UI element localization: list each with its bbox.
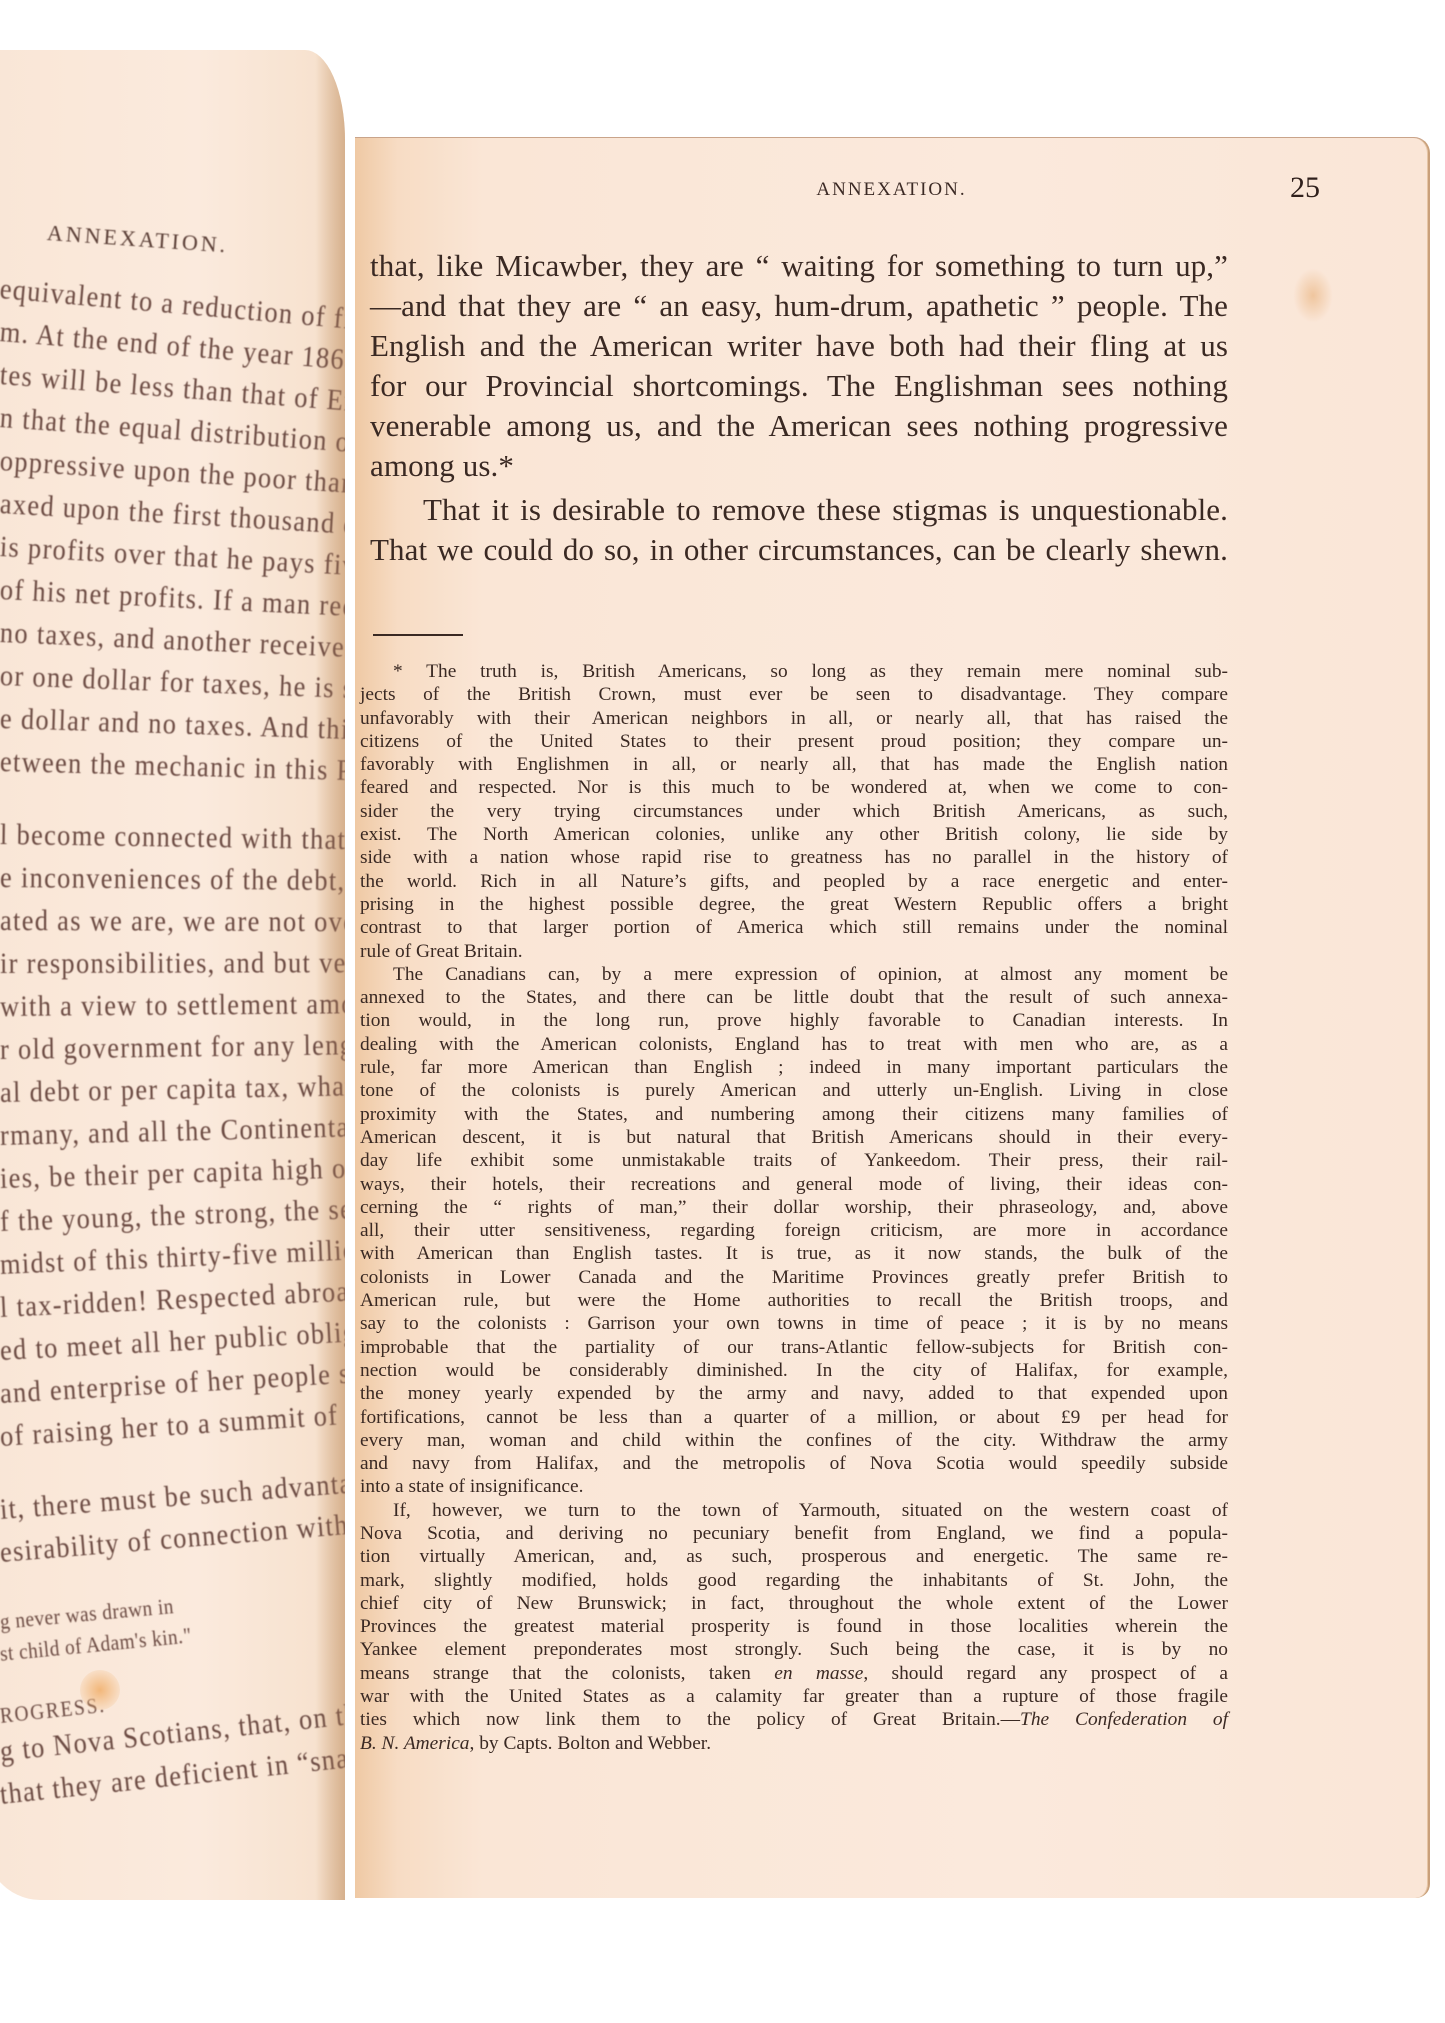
text-line: cerning the “ rights of man,” their doll… (360, 1196, 1228, 1219)
gutter-shadow (315, 50, 345, 1900)
citation-line: B. N. America, by Capts. Bolton and Webb… (360, 1732, 1228, 1755)
text-line: the world. Rich in all Nature’s gifts, a… (360, 870, 1228, 893)
page-number: 25 (1290, 171, 1320, 205)
text-line: prising in the highest possible degree, … (360, 893, 1228, 916)
text-line: all, their utter sensitiveness, regardin… (360, 1219, 1228, 1242)
left-text-line: ies, be their per capita high or l (0, 1151, 345, 1196)
text-line: That it is desirable to remove these sti… (370, 490, 1228, 530)
text-line: favorably with Englishmen in all, or nea… (360, 753, 1228, 776)
text-line: means strange that the colonists, taken … (360, 1662, 1228, 1685)
text-line: —and that they are “ an easy, hum-drum, … (370, 286, 1228, 326)
left-text-line: e inconveniences of the debt, direc (0, 861, 345, 899)
text-line: English and the American writer have bot… (370, 326, 1228, 366)
footnote-paragraph-2: The Canadians can, by a mere expression … (360, 963, 1228, 1499)
left-text-line: rmany, and all the Continental po (0, 1109, 345, 1153)
left-text-line: midst of this thirty-five millions (0, 1232, 345, 1282)
text-line: say to the colonists : Garrison your own… (360, 1312, 1228, 1335)
text-line: among us.* (370, 446, 1228, 486)
text-line: * The truth is, British Americans, so lo… (360, 660, 1228, 683)
left-text-line: f the young, the strong, the self-rel (0, 1190, 345, 1239)
foxing-stain (80, 1670, 120, 1710)
text-line: contrast to that larger portion of Ameri… (360, 916, 1228, 939)
text-line: tone of the colonists is purely American… (360, 1079, 1228, 1102)
left-text-line: ated as we are, we are not overru (0, 904, 345, 939)
text-line: for our Provincial shortcomings. The Eng… (370, 366, 1228, 406)
left-text-line: or one dollar for taxes, he is still (0, 659, 345, 707)
text-line: exist. The North American colonies, unli… (360, 823, 1228, 846)
left-running-head: ANNEXATION. (46, 220, 229, 259)
citation-line: ties which now link them to the policy o… (360, 1708, 1228, 1731)
text-line: every man, woman and child within the co… (360, 1429, 1228, 1452)
text-line: with American than English tastes. It is… (360, 1242, 1228, 1265)
left-text-line: etween the mechanic in this Provin (0, 745, 345, 790)
left-text-line: with a view to settlement among t (0, 987, 345, 1024)
footnote-rule (373, 634, 463, 636)
text-line: tion would, in the long run, prove highl… (360, 1009, 1228, 1032)
text-line: That we could do so, in other circumstan… (370, 530, 1228, 570)
text-line: Nova Scotia, and deriving no pecuniary b… (360, 1522, 1228, 1545)
text-line: American descent, it is but natural that… (360, 1126, 1228, 1149)
text-line: Provinces the greatest material prosperi… (360, 1615, 1228, 1638)
paragraph-1: that, like Micawber, they are “ waiting … (370, 246, 1228, 486)
text-line: annexed to the States, and there can be … (360, 986, 1228, 1009)
text-line: jects of the British Crown, must ever be… (360, 683, 1228, 706)
footnote-paragraph-3: If, however, we turn to the town of Yarm… (360, 1499, 1228, 1755)
left-text-line: l become connected with that coun (0, 818, 345, 858)
paragraph-2: That it is desirable to remove these sti… (370, 490, 1228, 570)
text-line: ways, their hotels, their recreations an… (360, 1173, 1228, 1196)
left-page: ANNEXATION. equivalent to a reduction of… (0, 50, 345, 1900)
text-line: proximity with the States, and numbering… (360, 1103, 1228, 1126)
text-line: Yankee element preponderates most strong… (360, 1638, 1228, 1661)
foxing-stain (1293, 268, 1333, 323)
text-line: The Canadians can, by a mere expression … (360, 963, 1228, 986)
text-line: American rule, but were the Home authori… (360, 1289, 1228, 1312)
text-line: improbable that the partiality of our tr… (360, 1336, 1228, 1359)
text-line: venerable among us, and the American see… (370, 406, 1228, 446)
left-text-line: ir responsibilities, and but very fe (0, 946, 345, 981)
text-line: war with the United States as a calamity… (360, 1685, 1228, 1708)
text-line: sider the very trying circumstances unde… (360, 800, 1228, 823)
text-line: feared and respected. Nor is this much t… (360, 776, 1228, 799)
text-line: the money yearly expended by the army an… (360, 1382, 1228, 1405)
text-line: fortifications, cannot be less than a qu… (360, 1406, 1228, 1429)
right-page: ANNEXATION. 25 that, like Micawber, they… (355, 137, 1430, 1898)
body-text: that, like Micawber, they are “ waiting … (370, 246, 1228, 570)
running-head: ANNEXATION. (355, 179, 1428, 201)
text-line: mark, slightly modified, holds good rega… (360, 1569, 1228, 1592)
footnotes: * The truth is, British Americans, so lo… (360, 660, 1228, 1755)
text-line: chief city of New Brunswick; in fact, th… (360, 1592, 1228, 1615)
text-line: citizens of the United States to their p… (360, 730, 1228, 753)
text-line: that, like Micawber, they are “ waiting … (370, 246, 1228, 286)
text-line: and navy from Halifax, and the metropoli… (360, 1452, 1228, 1475)
left-text-line: no taxes, and another receives thre (0, 616, 345, 667)
text-line: If, however, we turn to the town of Yarm… (360, 1499, 1228, 1522)
footnote-paragraph-1: * The truth is, British Americans, so lo… (360, 660, 1228, 963)
text-line: nection would be considerably diminished… (360, 1359, 1228, 1382)
page-header: ANNEXATION. 25 (355, 173, 1428, 213)
text-line: into a state of insignificance. (360, 1475, 1228, 1498)
text-line: tion virtually American, and, as such, p… (360, 1545, 1228, 1568)
left-text-line: e dollar and no taxes. And this (0, 702, 345, 747)
left-text-line: al debt or per capita tax, what d (0, 1069, 345, 1110)
text-line: dealing with the American colonists, Eng… (360, 1033, 1228, 1056)
text-line: day life exhibit some unmistakable trait… (360, 1149, 1228, 1172)
left-text-line: l tax-ridden! Respected abroad (0, 1274, 345, 1325)
left-text-line: r old government for any length of t (0, 1027, 345, 1067)
text-line: colonists in Lower Canada and the Mariti… (360, 1266, 1228, 1289)
text-line: rule of Great Britain. (360, 940, 1228, 963)
text-line: rule, far more American than English ; i… (360, 1056, 1228, 1079)
text-line: side with a nation whose rapid rise to g… (360, 846, 1228, 869)
text-line: unfavorably with their American neighbor… (360, 707, 1228, 730)
